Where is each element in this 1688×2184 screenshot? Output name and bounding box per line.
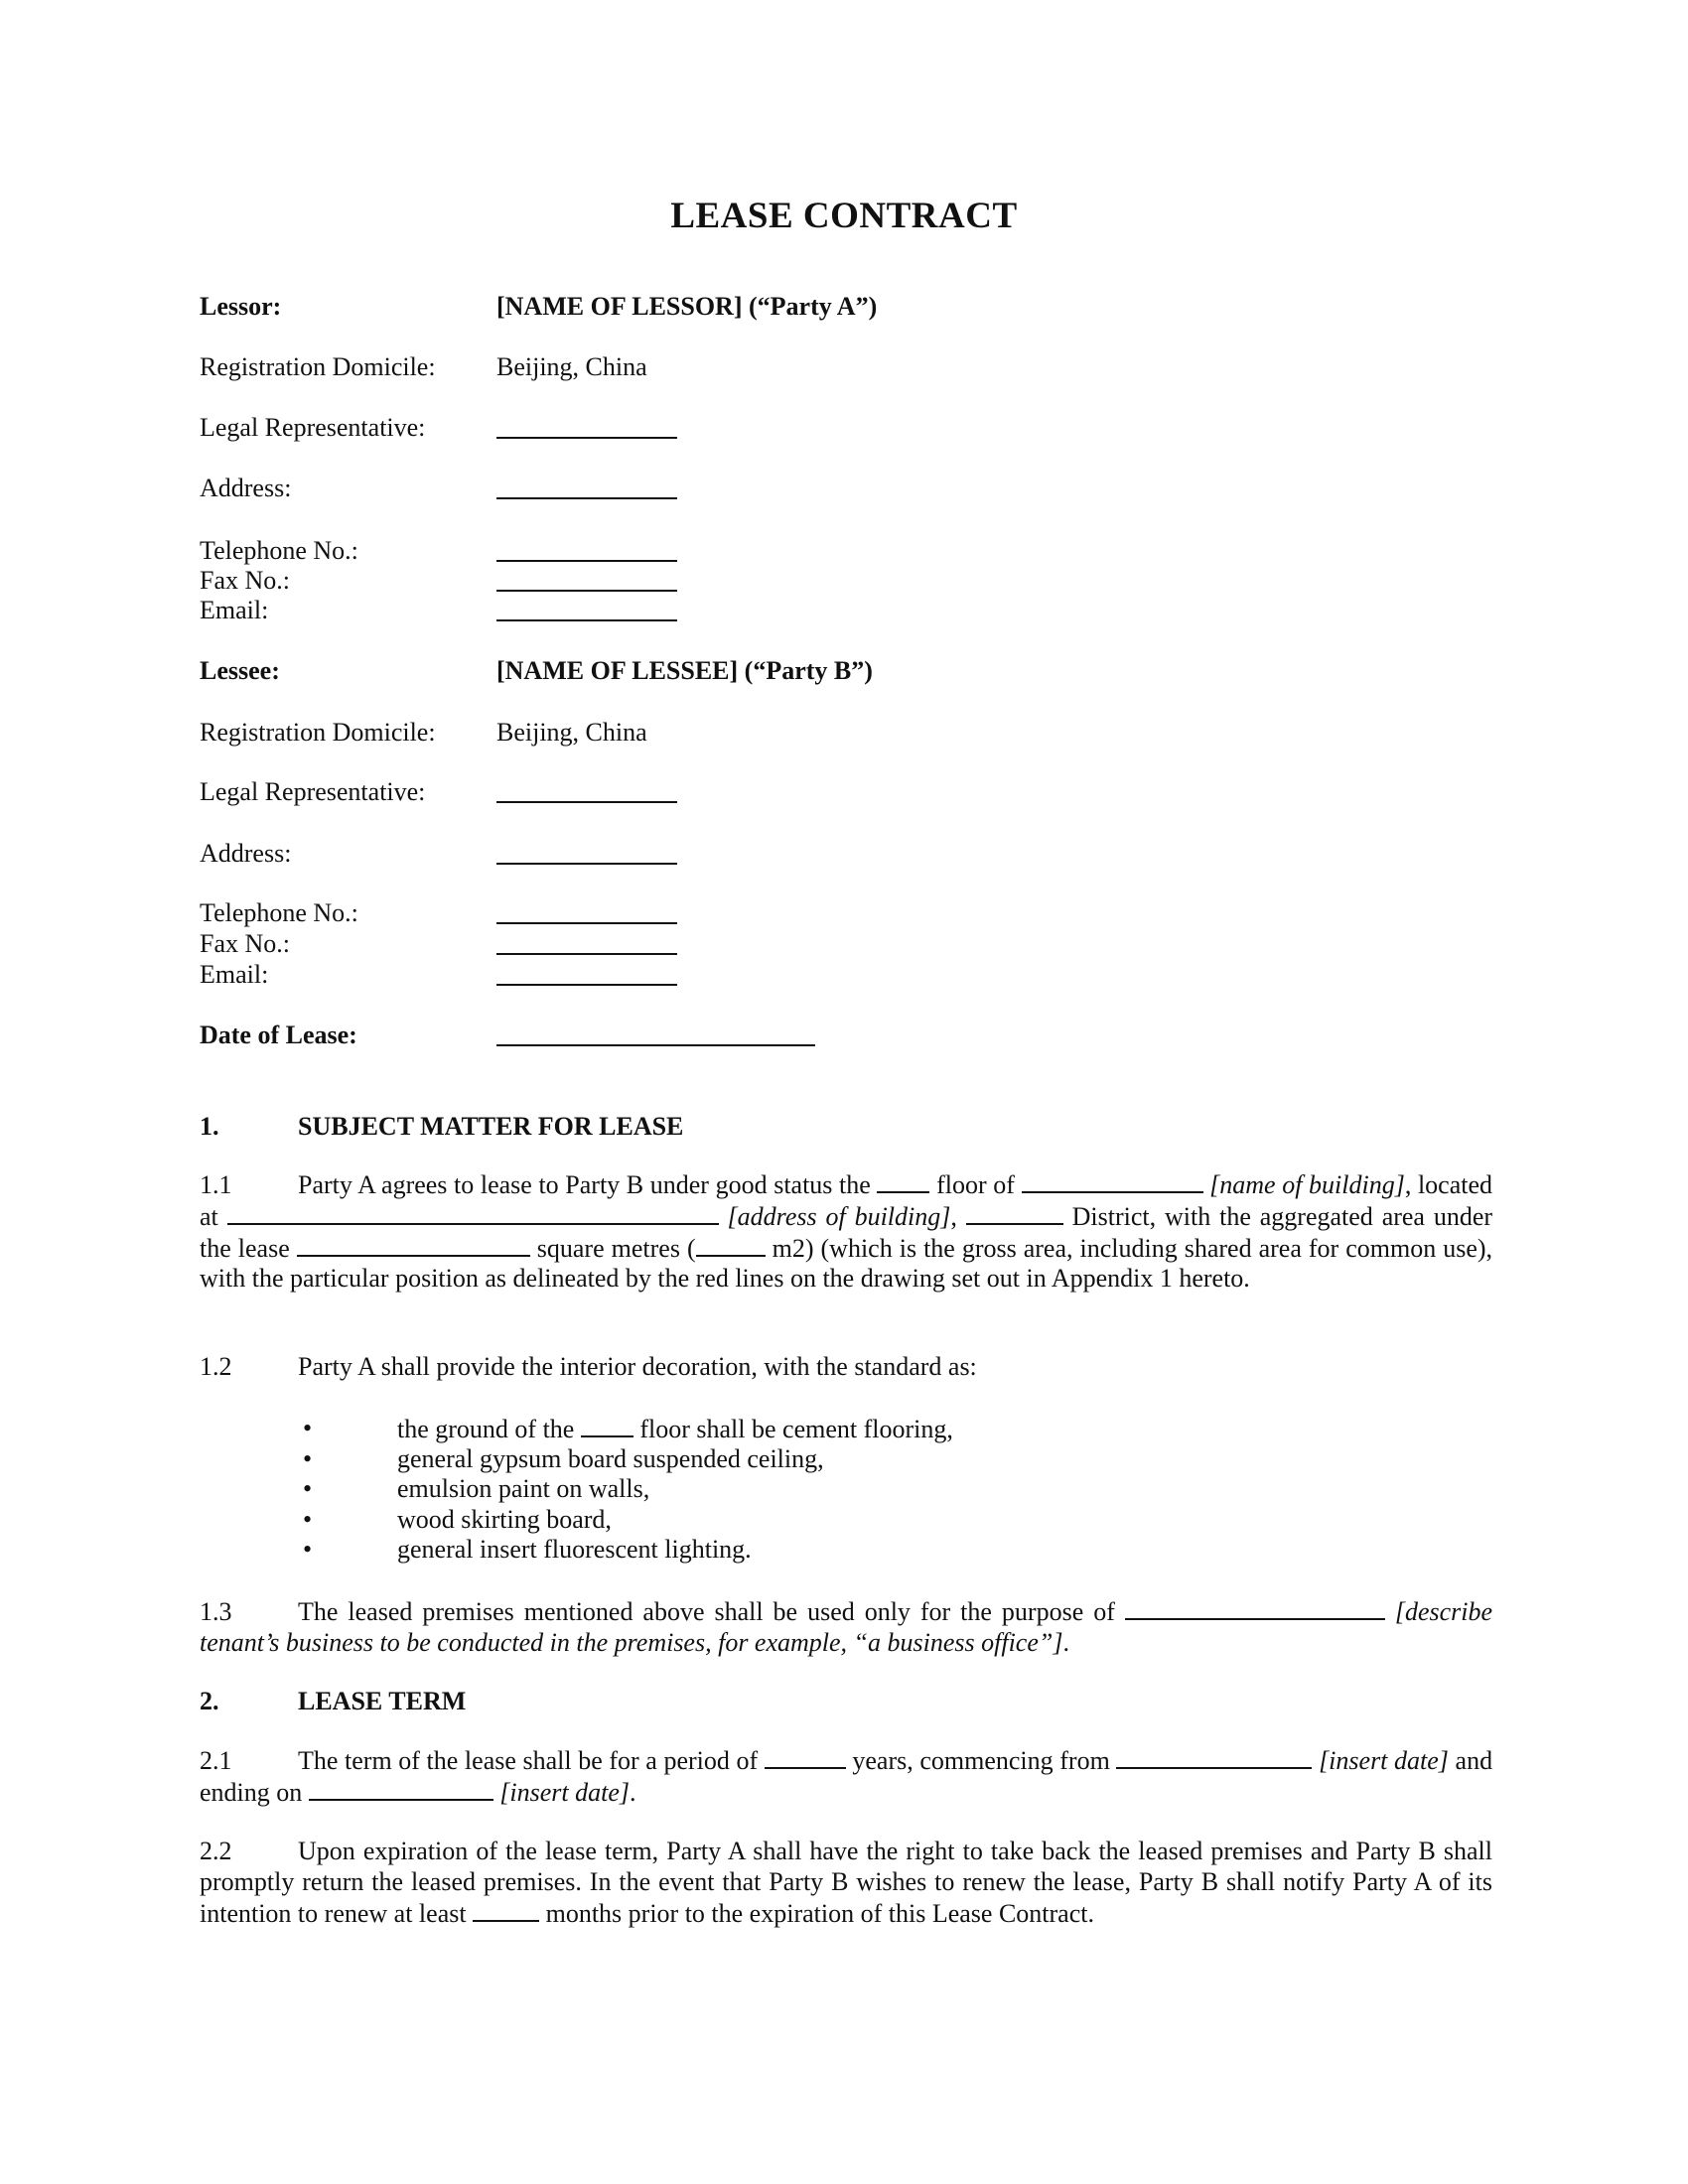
lessee-label: Lessee:: [200, 656, 280, 686]
clause-text: months prior to the expiration of this L…: [546, 1899, 1094, 1928]
placeholder-note: [address of building]: [728, 1202, 951, 1231]
clause-number: 1.2: [200, 1352, 298, 1383]
clause-number: 2.2: [200, 1837, 298, 1867]
lessor-fax-blank[interactable]: [496, 568, 677, 592]
clause-text: Party A agrees to lease to Party B under…: [298, 1170, 871, 1199]
area-blank[interactable]: [297, 1233, 530, 1257]
months-blank[interactable]: [473, 1898, 539, 1922]
lessor-registration-domicile-value: Beijing, China: [496, 352, 647, 382]
purpose-blank[interactable]: [1125, 1596, 1385, 1620]
lessor-email-blank[interactable]: [496, 598, 677, 621]
clause-text: .: [630, 1778, 636, 1807]
clause-1-2: 1.2Party A shall provide the interior de…: [200, 1352, 1492, 1383]
list-item: • wood skirting board,: [200, 1505, 1492, 1536]
placeholder-note: [insert date]: [1319, 1746, 1449, 1775]
field-label: Fax No.:: [200, 566, 290, 596]
building-name-blank[interactable]: [1022, 1169, 1203, 1193]
list-item: • general gypsum board suspended ceiling…: [200, 1444, 1492, 1475]
list-item: • the ground of the floor shall be cemen…: [200, 1414, 1492, 1444]
section-number: 2.: [200, 1687, 219, 1716]
list-item-text: general gypsum board suspended ceiling,: [397, 1444, 824, 1475]
floor-blank[interactable]: [877, 1169, 929, 1193]
bullet-icon: •: [303, 1444, 312, 1475]
field-label: Telephone No.:: [200, 536, 358, 566]
lessor-name: [NAME OF LESSOR] (“Party A”): [496, 292, 877, 322]
field-label: Registration Domicile:: [200, 718, 436, 748]
list-item-text: emulsion paint on walls,: [397, 1474, 649, 1505]
date-of-lease-label: Date of Lease:: [200, 1021, 357, 1050]
lessee-registration-domicile-value: Beijing, China: [496, 718, 647, 748]
list-item: • emulsion paint on walls,: [200, 1474, 1492, 1505]
clause-text: floor of: [936, 1170, 1015, 1199]
lessee-telephone-blank[interactable]: [496, 900, 677, 924]
field-label: Email:: [200, 960, 268, 990]
field-label: Registration Domicile:: [200, 352, 436, 382]
date-of-lease-blank[interactable]: [496, 1023, 815, 1046]
ending-date-blank[interactable]: [309, 1777, 493, 1801]
list-item-text: wood skirting board,: [397, 1505, 612, 1536]
district-blank[interactable]: [966, 1201, 1063, 1225]
clause-number: 2.1: [200, 1746, 298, 1777]
lessee-name: [NAME OF LESSEE] (“Party B”): [496, 656, 873, 686]
document-page: LEASE CONTRACT Lessor: [NAME OF LESSOR] …: [0, 0, 1688, 2184]
section-number: 1.: [200, 1112, 219, 1142]
section-title: LEASE TERM: [298, 1687, 466, 1716]
lessor-label: Lessor:: [200, 292, 281, 322]
lessee-email-blank[interactable]: [496, 962, 677, 986]
ground-floor-blank[interactable]: [581, 1414, 633, 1437]
field-label: Email:: [200, 596, 268, 625]
document-title: LEASE CONTRACT: [0, 195, 1688, 237]
years-blank[interactable]: [765, 1745, 846, 1769]
field-label: Legal Representative:: [200, 413, 425, 443]
lessee-legal-representative-blank[interactable]: [496, 779, 677, 803]
bullet-icon: •: [303, 1505, 312, 1536]
lessor-address-blank[interactable]: [496, 476, 677, 499]
section-title: SUBJECT MATTER FOR LEASE: [298, 1112, 683, 1142]
bullet-icon: •: [303, 1535, 312, 1566]
m2-blank[interactable]: [696, 1233, 766, 1257]
placeholder-note: [insert date]: [499, 1778, 630, 1807]
lessor-telephone-blank[interactable]: [496, 538, 677, 562]
clause-text: .: [1062, 1628, 1069, 1657]
clause-2-1: 2.1The term of the lease shall be for a …: [200, 1745, 1492, 1809]
field-label: Address:: [200, 474, 291, 503]
clause-text: The term of the lease shall be for a per…: [298, 1746, 758, 1775]
clause-number: 1.1: [200, 1170, 298, 1201]
clause-text: The leased premises mentioned above shal…: [298, 1597, 1115, 1626]
commencing-date-blank[interactable]: [1116, 1745, 1312, 1769]
field-label: Telephone No.:: [200, 898, 358, 928]
field-label: Fax No.:: [200, 929, 290, 959]
clause-1-3: 1.3The leased premises mentioned above s…: [200, 1596, 1492, 1659]
clause-number: 1.3: [200, 1597, 298, 1628]
clause-1-1: 1.1Party A agrees to lease to Party B un…: [200, 1169, 1492, 1295]
list-item-text: general insert fluorescent lighting.: [397, 1535, 752, 1566]
clause-text: square metres (: [537, 1234, 696, 1263]
bullet-icon: •: [303, 1474, 312, 1505]
clause-text: years, commencing from: [852, 1746, 1109, 1775]
bullet-icon: •: [303, 1414, 312, 1444]
lessee-fax-blank[interactable]: [496, 931, 677, 955]
decoration-standard-list: • the ground of the floor shall be cemen…: [200, 1414, 1492, 1566]
lessor-legal-representative-blank[interactable]: [496, 415, 677, 439]
field-label: Address:: [200, 839, 291, 869]
lessee-address-blank[interactable]: [496, 841, 677, 865]
building-address-blank[interactable]: [227, 1201, 719, 1225]
clause-text: Party A shall provide the interior decor…: [298, 1352, 977, 1381]
clause-text: ,: [950, 1202, 957, 1231]
list-item-text: the ground of the floor shall be cement …: [397, 1414, 953, 1445]
placeholder-note: [name of building]: [1209, 1170, 1405, 1199]
clause-2-2: 2.2Upon expiration of the lease term, Pa…: [200, 1837, 1492, 1929]
field-label: Legal Representative:: [200, 777, 425, 807]
list-item: • general insert fluorescent lighting.: [200, 1535, 1492, 1566]
